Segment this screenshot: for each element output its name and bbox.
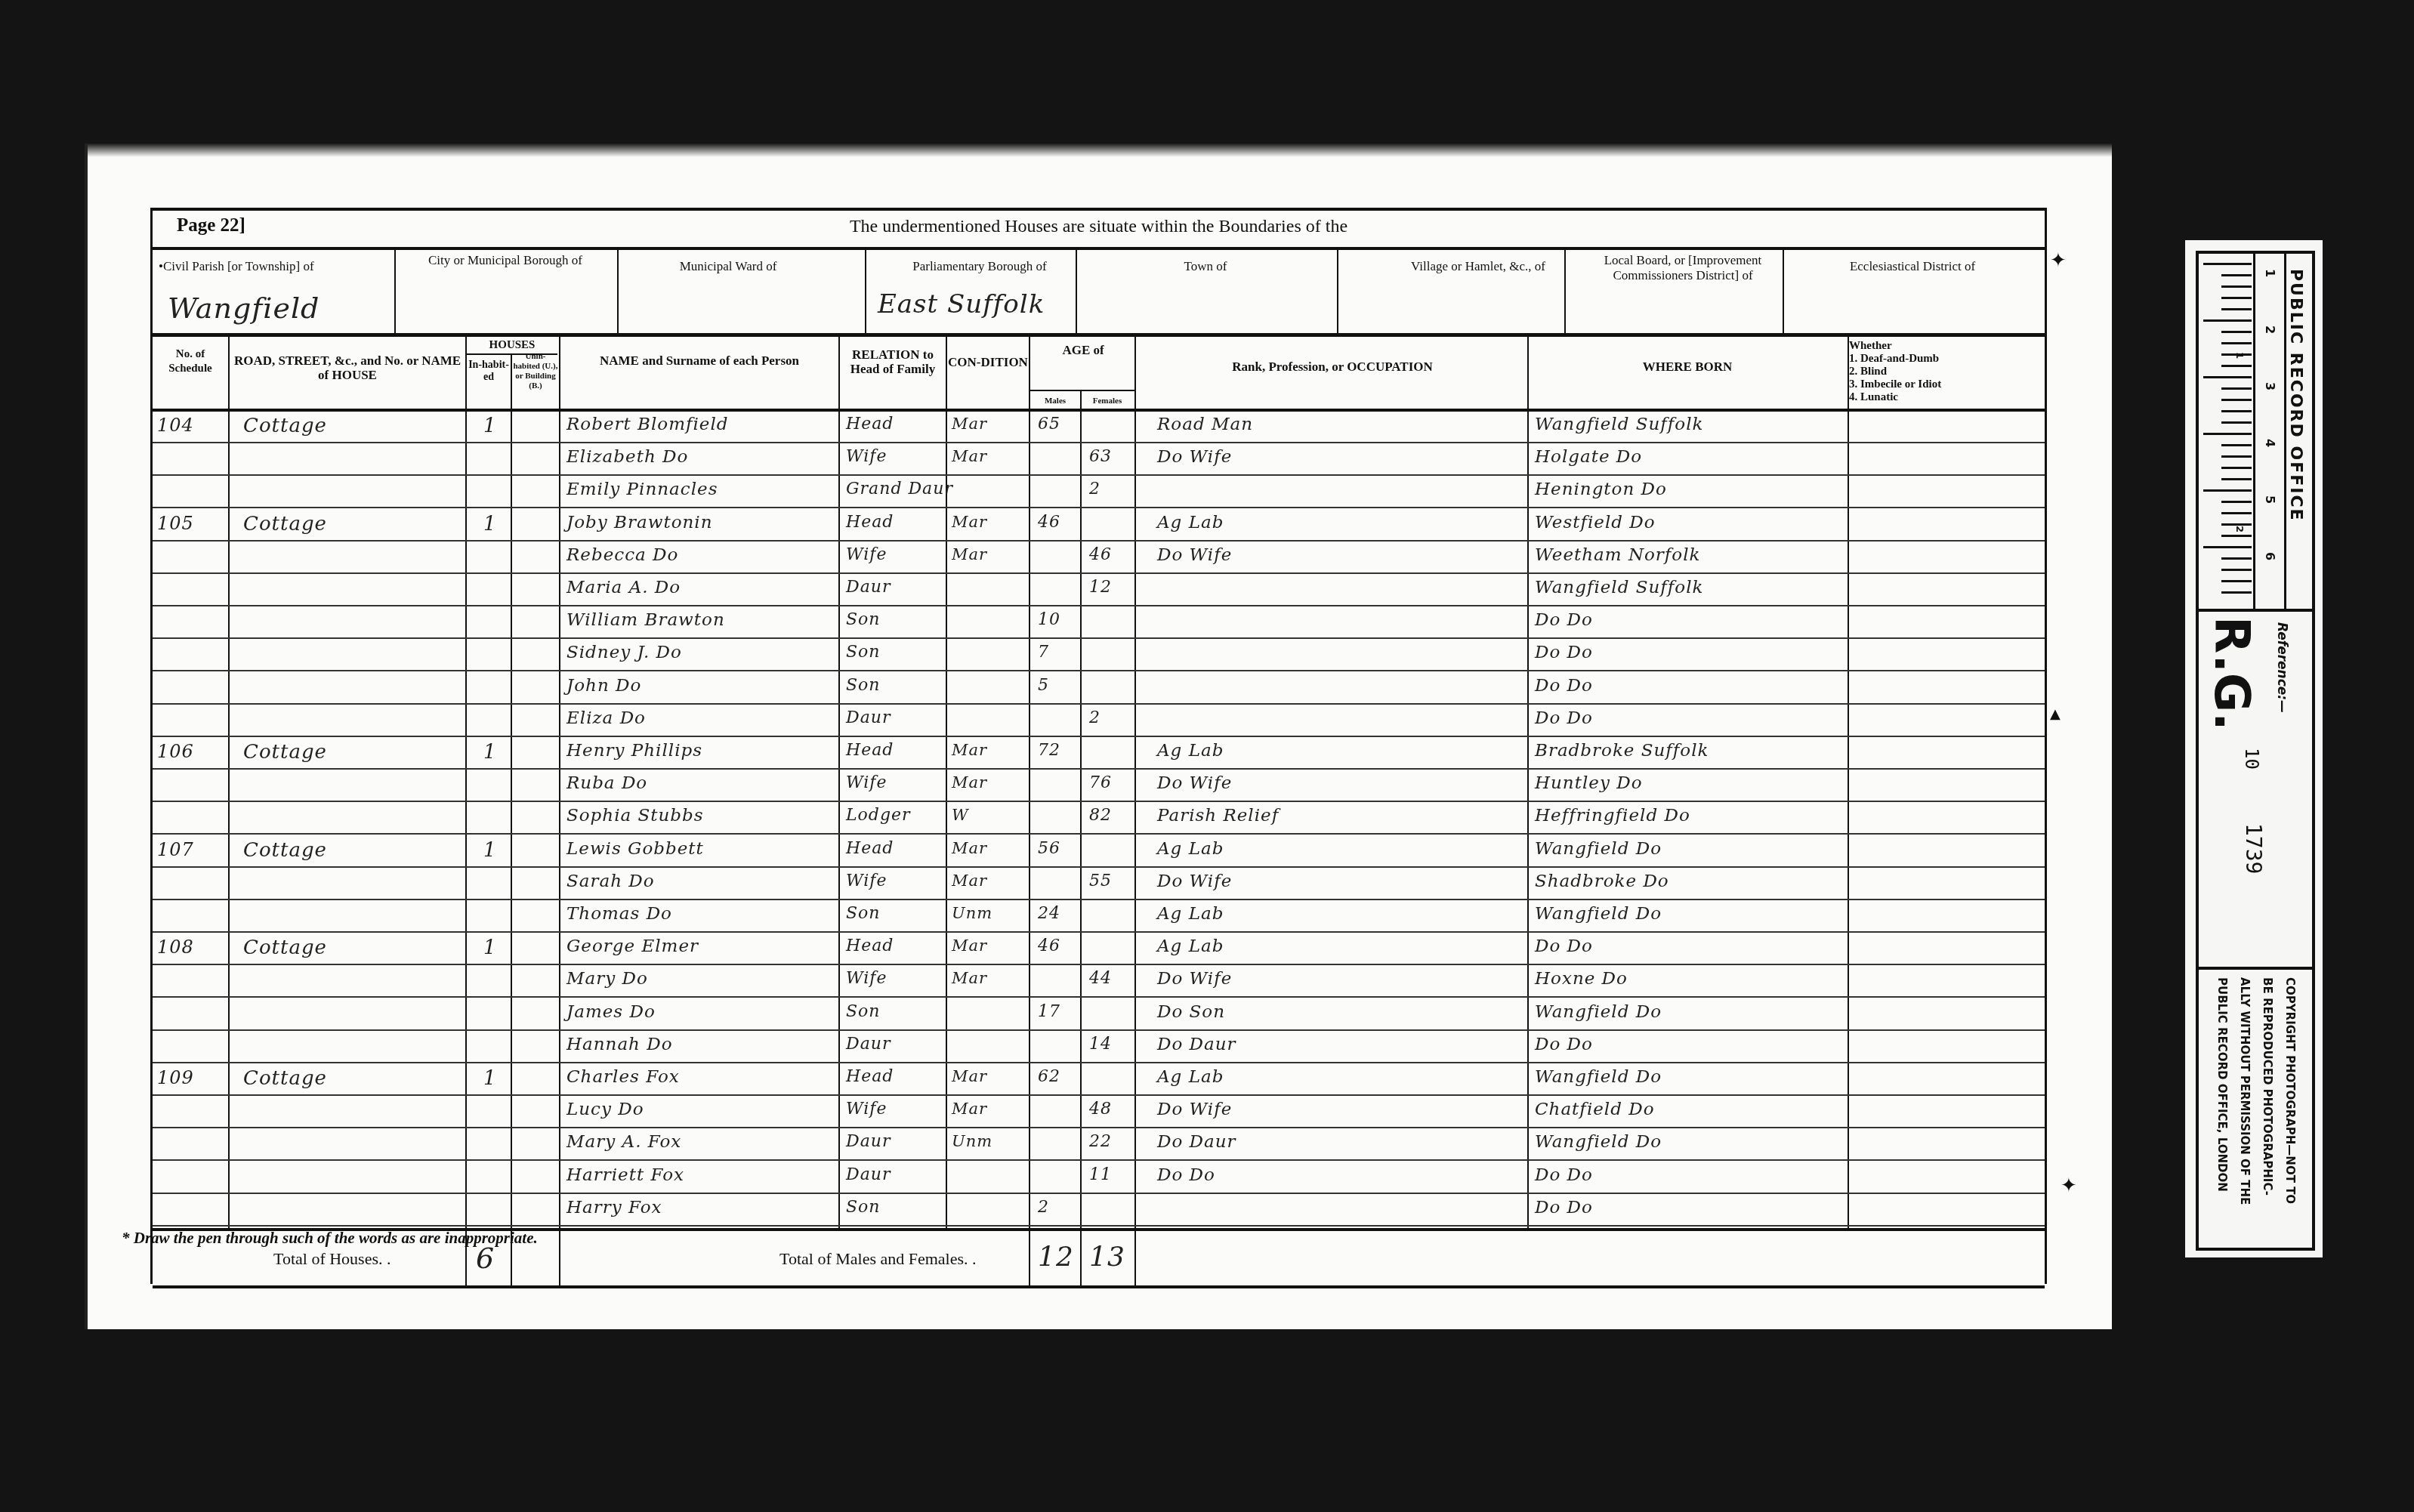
label-frame: 1 2 3 4 5 6 1 2 PUBLIC RECORD OFFICE Ref…: [2196, 251, 2315, 1251]
cell-male-age: 17: [1038, 1002, 1060, 1021]
civil-parish-label: •Civil Parish [or Township] of: [159, 259, 385, 274]
cell-where-born: Do Do: [1535, 1165, 1593, 1185]
cell-female-age: 63: [1089, 447, 1112, 466]
registration-mark-icon: ✦: [2061, 1174, 2077, 1197]
ruler-scale: 1 2 3 4 5 6: [2253, 254, 2286, 609]
ruler-number: 5: [2263, 495, 2277, 504]
table-row: Sophia StubbsLodgerW82Parish ReliefHeffr…: [153, 803, 2045, 835]
ruler-tick: [2221, 297, 2252, 299]
ruler-number: 3: [2263, 382, 2277, 390]
row-rule: [153, 1094, 2045, 1096]
cell-female-age: 46: [1089, 545, 1112, 564]
table-row: 106Cottage1Henry PhillipsHeadMar72Ag Lab…: [153, 738, 2045, 770]
row-rule: [153, 768, 2045, 770]
table-row: William BrawtonSon10Do Do: [153, 607, 2045, 639]
cell-where-born: Wangfield Do: [1535, 904, 1662, 924]
ruler-number: 4: [2263, 439, 2277, 447]
cell-condition: Mar: [952, 839, 987, 857]
cell-road: Cottage: [243, 513, 327, 535]
cell-inhabited: 1: [483, 1067, 497, 1090]
copyright-line: PUBLIC RECORD OFFICE, LONDON: [2215, 977, 2229, 1192]
cell-condition: Mar: [952, 773, 987, 791]
cell-name: Joby Brawtonin: [566, 513, 712, 532]
cell-schedule: 106: [157, 741, 194, 762]
municipal-ward-label: Municipal Ward of: [619, 259, 838, 274]
ruler: 1 2 3 4 5 6 1 2 PUBLIC RECORD OFFICE: [2199, 254, 2312, 612]
row-rule: [153, 507, 2045, 508]
table-row: Harriett FoxDaur11Do DoDo Do: [153, 1162, 2045, 1194]
cell-female-age: 44: [1089, 969, 1112, 988]
piece-number: 1739: [2241, 823, 2266, 874]
cell-occupation: Do Wife: [1157, 447, 1232, 467]
cell-name: Elizabeth Do: [566, 447, 688, 467]
ruler-tick: [2221, 410, 2252, 412]
ruler-tick: [2203, 263, 2252, 265]
table-row: 107Cottage1Lewis GobbettHeadMar56Ag LabW…: [153, 836, 2045, 868]
cell-where-born: Wangfield Do: [1535, 1067, 1662, 1087]
census-form: Page 22] The undermentioned Houses are s…: [150, 208, 2047, 1284]
cell-female-age: 48: [1089, 1100, 1112, 1119]
cell-occupation: Do Wife: [1157, 1100, 1232, 1119]
cell-where-born: Do Do: [1535, 676, 1593, 696]
cell-occupation: Do Daur: [1157, 1035, 1236, 1054]
ruler-tick: [2221, 535, 2252, 537]
cell-occupation: Parish Relief: [1157, 806, 1279, 825]
row-rule: [153, 572, 2045, 574]
col-schedule: No. of Schedule: [154, 347, 227, 376]
cell-condition: Mar: [952, 741, 987, 759]
column-header: No. of Schedule ROAD, STREET, &c., and N…: [153, 337, 2045, 409]
cell-occupation: Ag Lab: [1157, 937, 1224, 956]
row-rule: [153, 801, 2045, 802]
row-rule: [153, 540, 2045, 542]
row-rule: [153, 703, 2045, 705]
record-office-label: 1 2 3 4 5 6 1 2 PUBLIC RECORD OFFICE Ref…: [2185, 240, 2323, 1257]
cell-where-born: Do Do: [1535, 643, 1593, 662]
total-persons-label: Total of Males and Females. .: [779, 1249, 977, 1269]
cell-where-born: Do Do: [1535, 708, 1593, 728]
cell-name: Lewis Gobbett: [566, 839, 704, 859]
cell-name: Eliza Do: [566, 708, 646, 728]
cell-road: Cottage: [243, 937, 327, 959]
cell-name: Thomas Do: [566, 904, 672, 924]
row-rule: [153, 833, 2045, 835]
cell-schedule: 108: [157, 937, 194, 958]
cell-occupation: Do Wife: [1157, 872, 1232, 891]
cell-where-born: Wangfield Suffolk: [1535, 415, 1704, 434]
cell-occupation: Ag Lab: [1157, 904, 1224, 924]
cell-relation: Wife: [846, 969, 887, 988]
cell-name: Hannah Do: [566, 1035, 673, 1054]
cell-name: Ruba Do: [566, 773, 647, 793]
cell-condition: Mar: [952, 545, 987, 563]
ruler-tick: [2203, 546, 2252, 548]
ruler-tick: [2221, 591, 2252, 594]
cell-name: Harriett Fox: [566, 1165, 684, 1185]
cell-male-age: 72: [1038, 741, 1060, 760]
cell-where-born: Wangfield Do: [1535, 1132, 1662, 1152]
cell-where-born: Bradbroke Suffolk: [1535, 741, 1709, 761]
cell-where-born: Holgate Do: [1535, 447, 1642, 467]
col-males: Males: [1030, 394, 1080, 409]
col-occupation: Rank, Profession, or OCCUPATION: [1136, 359, 1529, 374]
local-board-label: Local Board, or [Improvement Commissione…: [1566, 253, 1800, 283]
ruler-tick: [2203, 319, 2252, 322]
series-number: 10: [2241, 748, 2262, 770]
ruler-tick: [2203, 489, 2252, 492]
table-row: Sarah DoWifeMar55Do WifeShadbroke Do: [153, 869, 2045, 900]
cell-relation: Son: [846, 610, 881, 629]
col-where-born: WHERE BORN: [1529, 359, 1846, 374]
cell-occupation: Do Wife: [1157, 545, 1232, 565]
ruler-number: 2: [2263, 326, 2277, 334]
row-rule: [153, 1159, 2045, 1161]
total-males-value: 12: [1038, 1242, 1074, 1273]
table-row: James DoSon17Do SonWangfield Do: [153, 999, 2045, 1031]
divider: [153, 1285, 2045, 1288]
cell-name: Sidney J. Do: [566, 643, 682, 662]
cell-relation: Daur: [846, 1035, 891, 1054]
ruler-number: 1: [2263, 269, 2277, 277]
cell-where-born: Westfield Do: [1535, 513, 1656, 532]
ruler-tick: [2221, 580, 2252, 582]
cell-relation: Head: [846, 513, 894, 532]
class-code: R.G.: [2203, 616, 2259, 731]
ruler-tick: [2221, 557, 2252, 560]
cell-male-age: 2: [1038, 1198, 1049, 1217]
cell-road: Cottage: [243, 415, 327, 437]
cell-name: James Do: [566, 1002, 656, 1022]
col-uninhabited: Unin-habited (U.), or Building (B.): [512, 352, 559, 391]
row-rule: [153, 931, 2045, 933]
cell-where-born: Heffringfield Do: [1535, 806, 1690, 825]
cell-name: Sophia Stubbs: [566, 806, 704, 825]
row-rule: [153, 637, 2045, 639]
cell-relation: Wife: [846, 872, 887, 890]
table-row: 104Cottage1Robert BlomfieldHeadMar65Road…: [153, 412, 2045, 443]
cell-name: Mary Do: [566, 969, 648, 989]
table-row: Rebecca DoWifeMar46Do WifeWeetham Norfol…: [153, 542, 2045, 574]
table-row: Sidney J. DoSon7Do Do: [153, 640, 2045, 671]
cell-occupation: Do Daur: [1157, 1132, 1236, 1152]
table-row: 105Cottage1Joby BrawtoninHeadMar46Ag Lab…: [153, 510, 2045, 542]
copyright-line: BE REPRODUCED PHOTOGRAPHIC-: [2261, 977, 2274, 1196]
row-rule: [153, 1193, 2045, 1194]
ruler-tick: [2221, 455, 2252, 458]
row-rule: [153, 1062, 2045, 1063]
cell-female-age: 22: [1089, 1132, 1112, 1151]
cell-relation: Head: [846, 415, 894, 434]
address-strip: •Civil Parish [or Township] of Wangfield…: [153, 250, 2045, 333]
cell-condition: Mar: [952, 1067, 987, 1085]
ruler-tick: [2221, 331, 2252, 333]
table-row: Hannah DoDaur14Do DaurDo Do: [153, 1032, 2045, 1063]
ruler-tick: [2221, 444, 2252, 446]
table-row: John DoSon5Do Do: [153, 673, 2045, 705]
reference-label: Reference:—: [2274, 622, 2289, 713]
cell-male-age: 46: [1038, 937, 1060, 955]
table-row: Maria A. DoDaur12Wangfield Suffolk: [153, 575, 2045, 606]
cell-name: Rebecca Do: [566, 545, 678, 565]
cell-where-born: Do Do: [1535, 1035, 1593, 1054]
table-row: Ruba DoWifeMar76Do WifeHuntley Do: [153, 770, 2045, 802]
cell-relation: Daur: [846, 1132, 891, 1151]
parliamentary-borough-value: East Suffolk: [878, 289, 1045, 319]
cell-relation: Wife: [846, 545, 887, 564]
row-rule: [153, 670, 2045, 671]
divider: [1030, 390, 1136, 391]
cell-relation: Wife: [846, 773, 887, 792]
cell-female-age: 55: [1089, 872, 1112, 890]
cell-occupation: Ag Lab: [1157, 741, 1224, 761]
row-rule: [153, 1225, 2045, 1227]
cell-relation: Daur: [846, 1165, 891, 1184]
table-row: Harry FoxSon2Do Do: [153, 1195, 2045, 1227]
total-females-value: 13: [1089, 1242, 1125, 1273]
cell-road: Cottage: [243, 1067, 327, 1090]
cell-relation: Head: [846, 1067, 894, 1086]
row-rule: [153, 866, 2045, 868]
ruler-number: 6: [2263, 552, 2277, 560]
cell-where-born: Chatfield Do: [1535, 1100, 1655, 1119]
row-rule: [153, 605, 2045, 606]
cell-relation: Son: [846, 643, 881, 662]
cell-male-age: 65: [1038, 415, 1060, 434]
col-age-group: AGE of: [1030, 343, 1136, 357]
col-inhabited: In-habit-ed: [467, 359, 511, 384]
cell-name: Henry Phillips: [566, 741, 702, 761]
table-row: 109Cottage1Charles FoxHeadMar62Ag LabWan…: [153, 1064, 2045, 1096]
cell-where-born: Do Do: [1535, 610, 1593, 630]
cell-name: Charles Fox: [566, 1067, 680, 1087]
cell-male-age: 5: [1038, 676, 1049, 695]
cell-relation: Son: [846, 676, 881, 695]
cell-occupation: Do Do: [1157, 1165, 1215, 1185]
cell-relation: Daur: [846, 708, 891, 727]
ruler-tick: [2203, 376, 2252, 378]
cell-name: Robert Blomfield: [566, 415, 729, 434]
civil-parish-value: Wangfield: [168, 292, 319, 325]
cell-condition: Mar: [952, 1100, 987, 1118]
reference-block: Reference:— R.G. 10 1739: [2199, 612, 2312, 970]
cell-occupation: Do Son: [1157, 1002, 1225, 1022]
col-females: Females: [1082, 394, 1133, 409]
table-row: Emily PinnaclesGrand Daur2Henington Do: [153, 477, 2045, 508]
cell-schedule: 107: [157, 839, 194, 860]
cell-inhabited: 1: [483, 937, 497, 959]
ruler-inch-mark: 2: [2233, 526, 2245, 532]
row-rule: [153, 996, 2045, 998]
cell-relation: Lodger: [846, 806, 911, 825]
ruler-tick: [2221, 569, 2252, 571]
ruler-tick: [2221, 421, 2252, 424]
cell-name: Harry Fox: [566, 1198, 662, 1217]
cell-where-born: Weetham Norfolk: [1535, 545, 1701, 565]
cell-relation: Head: [846, 741, 894, 760]
ruler-tick: [2221, 399, 2252, 401]
cell-female-age: 14: [1089, 1035, 1112, 1054]
ruler-tick: [2221, 501, 2252, 503]
town-label: Town of: [1077, 259, 1334, 274]
cell-where-born: Huntley Do: [1535, 773, 1643, 793]
cell-road: Cottage: [243, 741, 327, 764]
cell-name: Mary A. Fox: [566, 1132, 681, 1152]
cell-name: Emily Pinnacles: [566, 480, 718, 499]
ruler-ticks: [2199, 254, 2252, 609]
copyright-line: ALLY WITHOUT PERMISSION OF THE: [2238, 977, 2252, 1205]
copyright-line: COPYRIGHT PHOTOGRAPH—NOT TO: [2283, 977, 2297, 1204]
row-rule: [153, 736, 2045, 737]
cell-condition: Mar: [952, 415, 987, 433]
cell-condition: Mar: [952, 969, 987, 987]
ruler-tick: [2203, 433, 2252, 435]
ruler-tick: [2221, 478, 2252, 480]
record-office-title: PUBLIC RECORD OFFICE: [2286, 269, 2305, 522]
cell-male-age: 62: [1038, 1067, 1060, 1086]
ruler-tick: [2221, 467, 2252, 469]
cell-occupation: Do Wife: [1157, 773, 1232, 793]
ruler-tick: [2221, 308, 2252, 310]
cell-male-age: 46: [1038, 513, 1060, 532]
ruler-tick: [2221, 387, 2252, 390]
cell-condition: W: [952, 806, 969, 824]
cell-female-age: 11: [1089, 1165, 1112, 1184]
col-infirmity: Whether 1. Deaf-and-Dumb 2. Blind 3. Imb…: [1849, 340, 2042, 404]
cell-name: George Elmer: [566, 937, 699, 956]
cell-inhabited: 1: [483, 741, 497, 764]
cell-male-age: 56: [1038, 839, 1060, 858]
cell-where-born: Hoxne Do: [1535, 969, 1628, 989]
cell-female-age: 76: [1089, 773, 1112, 792]
cell-condition: Mar: [952, 513, 987, 531]
col-condition: CON-DITION: [947, 355, 1029, 369]
cell-relation: Wife: [846, 447, 887, 466]
divider: [153, 208, 2045, 211]
cell-name: Lucy Do: [566, 1100, 644, 1119]
table-row: Eliza DoDaur2Do Do: [153, 705, 2045, 737]
cell-relation: Son: [846, 1002, 881, 1021]
cell-male-age: 10: [1038, 610, 1060, 629]
cell-relation: Head: [846, 937, 894, 955]
page-title: The undermentioned Houses are situate wi…: [153, 217, 2045, 237]
cell-occupation: Road Man: [1157, 415, 1253, 434]
cell-where-born: Wangfield Do: [1535, 1002, 1662, 1022]
footnote: * Draw the pen through such of the words…: [122, 1229, 538, 1248]
cell-name: Sarah Do: [566, 872, 655, 891]
cell-schedule: 109: [157, 1067, 194, 1088]
cell-where-born: Wangfield Suffolk: [1535, 578, 1704, 597]
cell-condition: Mar: [952, 872, 987, 890]
ruler-tick: [2221, 342, 2252, 344]
cell-occupation: Do Wife: [1157, 969, 1232, 989]
row-rule: [153, 964, 2045, 965]
cell-female-age: 2: [1089, 708, 1100, 727]
col-name: NAME and Surname of each Person: [560, 353, 838, 368]
table-row: Thomas DoSonUnm24Ag LabWangfield Do: [153, 901, 2045, 933]
cell-female-age: 12: [1089, 578, 1112, 597]
row-rule: [153, 899, 2045, 900]
ruler-tick: [2221, 365, 2252, 367]
col-road: ROAD, STREET, &c., and No. or NAME of HO…: [230, 353, 465, 382]
cell-relation: Daur: [846, 578, 891, 597]
cell-where-born: Henington Do: [1535, 480, 1667, 499]
col-houses-group: HOUSES: [467, 338, 557, 353]
census-rows: 104Cottage1Robert BlomfieldHeadMar65Road…: [153, 412, 2045, 1227]
cell-occupation: Ag Lab: [1157, 513, 1224, 532]
cell-female-age: 82: [1089, 806, 1112, 825]
ruler-tick: [2221, 512, 2252, 514]
cell-name: John Do: [566, 676, 641, 696]
cell-relation: Son: [846, 904, 881, 923]
cell-schedule: 105: [157, 513, 194, 534]
census-page: Page 22] The undermentioned Houses are s…: [85, 143, 2112, 1329]
cell-female-age: 2: [1089, 480, 1100, 498]
parliamentary-borough-label: Parliamentary Borough of: [866, 259, 1093, 274]
row-rule: [153, 474, 2045, 476]
copyright-block: COPYRIGHT PHOTOGRAPH—NOT TO BE REPRODUCE…: [2199, 970, 2312, 1248]
cell-relation: Grand Daur: [846, 480, 953, 498]
registration-mark-icon: ✦: [2050, 249, 2067, 272]
cell-inhabited: 1: [483, 839, 497, 862]
cell-where-born: Wangfield Do: [1535, 839, 1662, 859]
cell-where-born: Shadbroke Do: [1535, 872, 1669, 891]
cell-relation: Wife: [846, 1100, 887, 1119]
ruler-inch-mark: 1: [2233, 352, 2245, 359]
row-rule: [153, 1127, 2045, 1128]
table-row: 108Cottage1George ElmerHeadMar46Ag LabDo…: [153, 933, 2045, 965]
cell-where-born: Do Do: [1535, 937, 1593, 956]
ecclesiastical-district-label: Ecclesiastical District of: [1784, 259, 2041, 274]
cell-condition: Mar: [952, 447, 987, 465]
row-rule: [153, 1029, 2045, 1031]
cell-name: William Brawton: [566, 610, 725, 630]
table-row: Lucy DoWifeMar48Do WifeChatfield Do: [153, 1097, 2045, 1128]
cell-condition: Unm: [952, 904, 992, 922]
row-rule: [153, 442, 2045, 443]
cell-male-age: 7: [1038, 643, 1049, 662]
cell-occupation: Ag Lab: [1157, 1067, 1224, 1087]
total-houses-label: Total of Houses. .: [273, 1249, 391, 1269]
table-row: Mary DoWifeMar44Do WifeHoxne Do: [153, 966, 2045, 998]
cell-road: Cottage: [243, 839, 327, 862]
registration-mark-icon: ▲: [2050, 706, 2061, 722]
cell-where-born: Do Do: [1535, 1198, 1593, 1217]
table-row: Elizabeth DoWifeMar63Do WifeHolgate Do: [153, 444, 2045, 476]
cell-condition: Mar: [952, 937, 987, 955]
cell-occupation: Ag Lab: [1157, 839, 1224, 859]
cell-condition: Unm: [952, 1132, 992, 1150]
cell-relation: Head: [846, 839, 894, 858]
municipal-borough-label: City or Municipal Borough of: [396, 253, 615, 268]
table-row: Mary A. FoxDaurUnm22Do DaurWangfield Do: [153, 1129, 2045, 1161]
ruler-tick: [2221, 285, 2252, 288]
cell-schedule: 104: [157, 415, 194, 436]
col-relation: RELATION to Head of Family: [840, 347, 946, 376]
cell-inhabited: 1: [483, 415, 497, 437]
divider: [467, 353, 557, 355]
cell-name: Maria A. Do: [566, 578, 681, 597]
ruler-tick: [2221, 274, 2252, 276]
cell-male-age: 24: [1038, 904, 1060, 923]
cell-inhabited: 1: [483, 513, 497, 535]
cell-relation: Son: [846, 1198, 881, 1217]
